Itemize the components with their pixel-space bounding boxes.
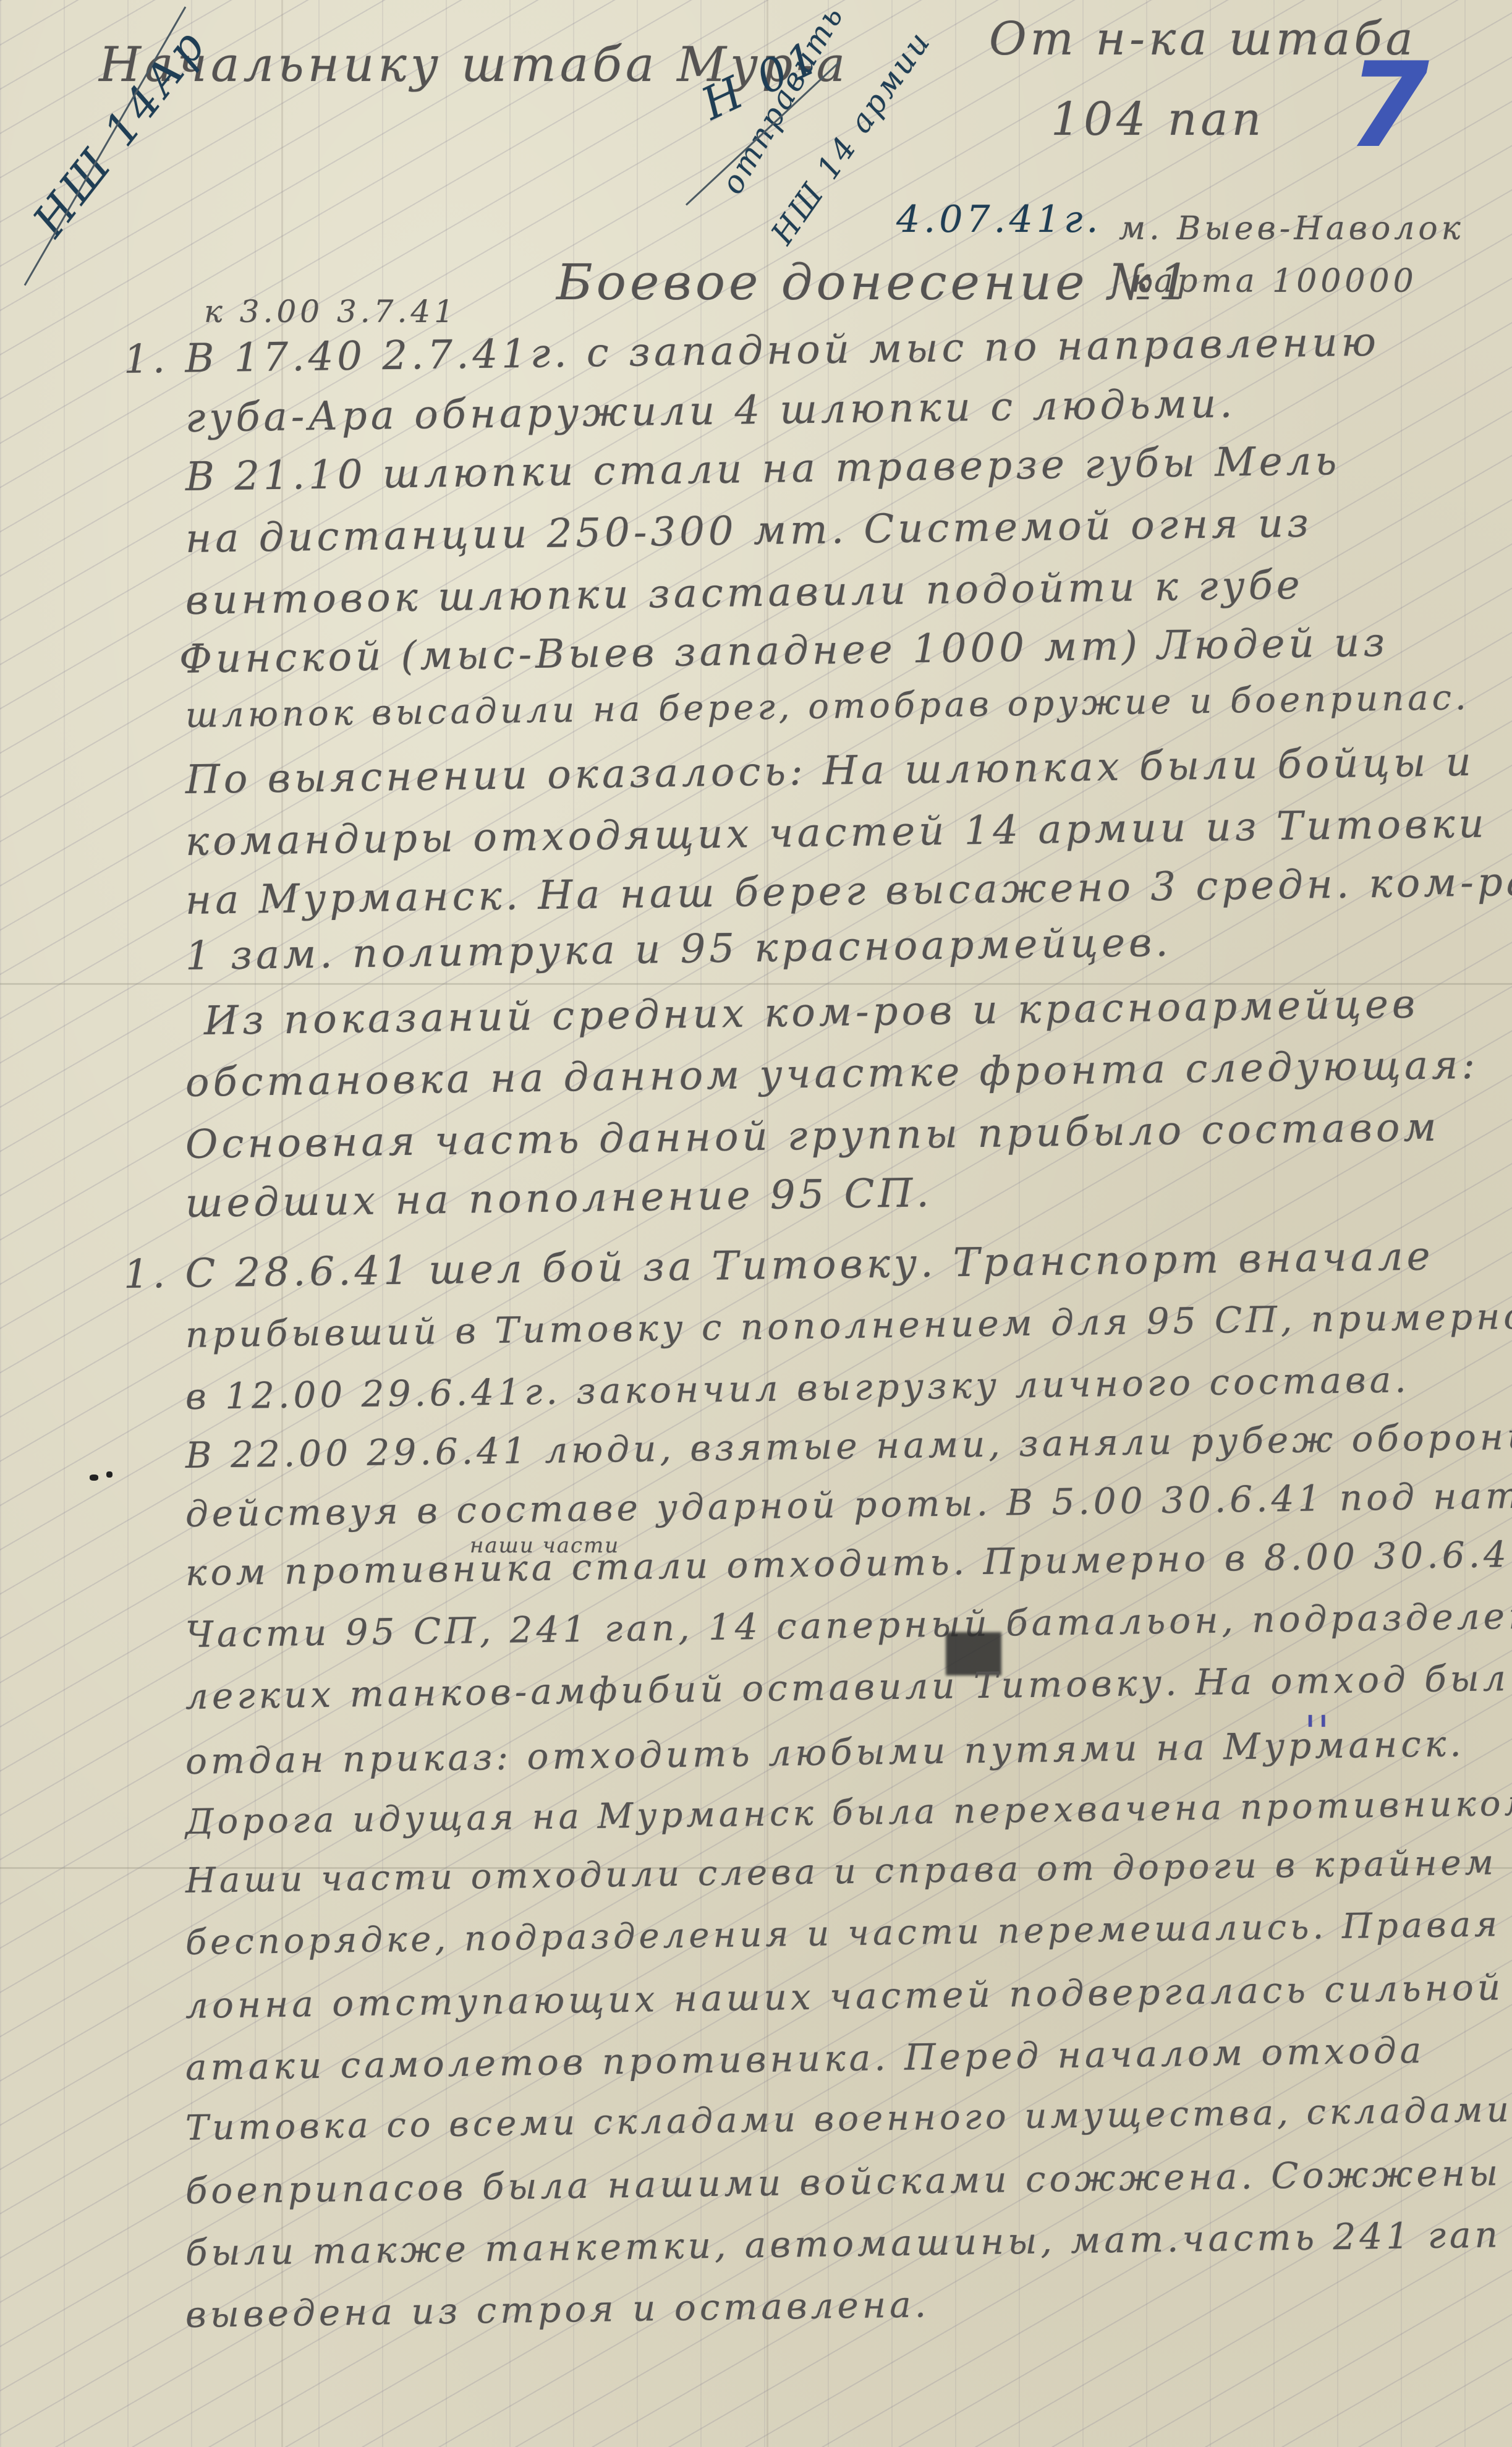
margin-punch-mark — [90, 1475, 98, 1481]
document-date: 4.07.41г. — [896, 198, 1102, 241]
sender-line-2: 104 пап — [1051, 93, 1265, 146]
location-line-1: м. Выев-Наволок — [1119, 210, 1464, 247]
blue-pencil-mark: 7 — [1348, 37, 1429, 174]
report-title: Боевое донесение №1 — [556, 253, 1193, 311]
violet-mark: '' — [1304, 1706, 1331, 1757]
margin-punch-mark — [106, 1471, 113, 1478]
time-stamp: к 3.00 3.7.41 — [204, 294, 457, 330]
